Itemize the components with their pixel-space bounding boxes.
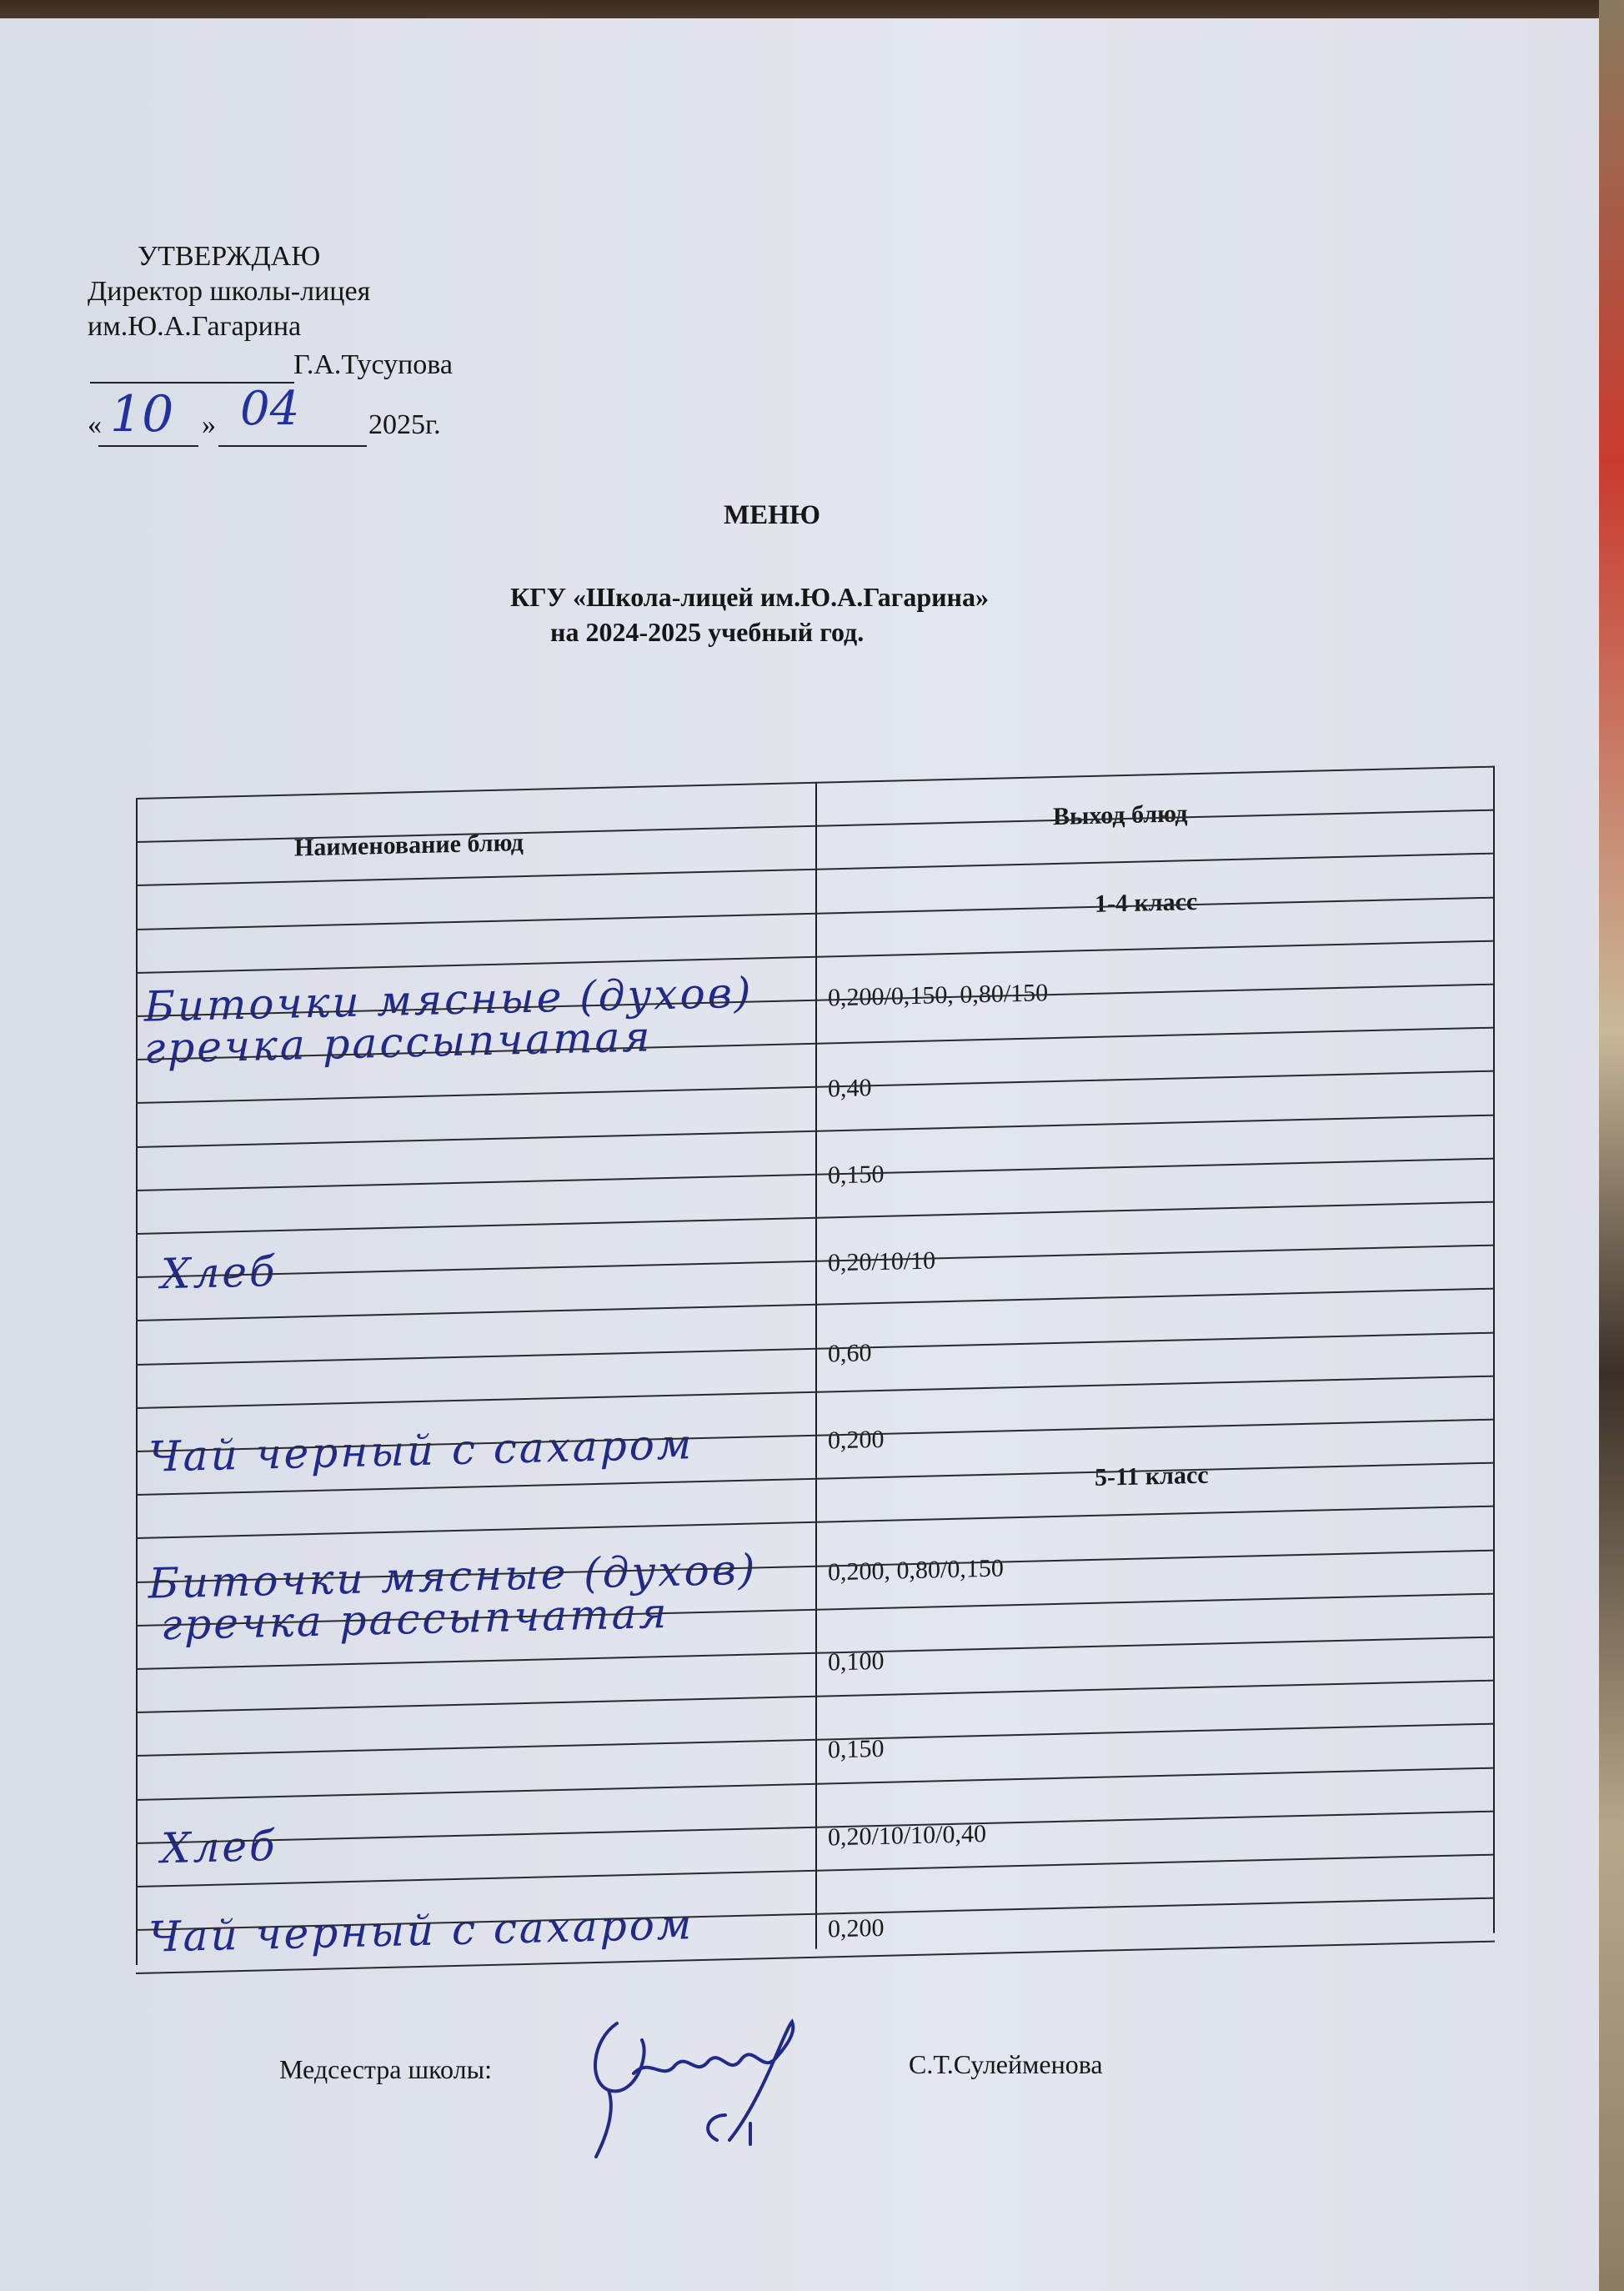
handwritten-dish: Чай черный с сахаром [148,1900,694,1961]
background-edge [1599,0,1624,2291]
yield-cell: 0,200, 0,80/0,150 [828,1554,1004,1587]
yield-cell: 0,200 [828,1914,885,1944]
date-open-quote: « [88,408,102,443]
signature-icon [584,2007,884,2173]
menu-table: Наименование блюд Выход блюд 1-4 класс 0… [136,766,1495,1965]
organization-name: КГУ «Школа-лицей им.Ю.А.Гагарина» [510,582,989,613]
handwritten-dish: Хлеб [161,1247,278,1298]
nurse-label: Медсестра школы: [279,2054,492,2085]
date-day-line [98,445,198,447]
nurse-signature [584,2007,884,2173]
date-day-handwritten: 10 [110,385,173,444]
yield-cell: 0,200 [828,1426,885,1456]
yield-cell: 0,20/10/10 [828,1246,935,1277]
nurse-name: С.Т.Сулейменова [909,2049,1103,2080]
yield-cell: 0,150 [828,1161,885,1191]
date-month-handwritten: 04 [240,382,299,436]
school-year: на 2024-2025 учебный год. [550,617,864,648]
date-month-line [218,445,367,447]
yield-cell: 0,60 [828,1339,872,1368]
approval-position: Директор школы-лицея [88,274,370,309]
yield-cell: 0,40 [828,1074,872,1103]
document-page: УТВЕРЖДАЮ Директор школы-лицея им.Ю.А.Га… [0,18,1599,2291]
date-close-quote: » [202,408,216,443]
header-yield: Выход блюд [1053,800,1188,831]
document-title: МЕНЮ [724,500,820,531]
handwritten-dish: Хлеб [161,1822,278,1872]
date-year: 2025г. [368,408,441,443]
approval-heading: УТВЕРЖДАЮ [138,239,320,274]
handwritten-dish: Чай черный с сахаром [148,1420,694,1481]
approval-signer: Г.А.Тусупова [293,348,453,383]
approval-school: им.Ю.А.Гагарина [88,309,301,344]
section-label-5-11: 5-11 класс [1095,1461,1209,1492]
